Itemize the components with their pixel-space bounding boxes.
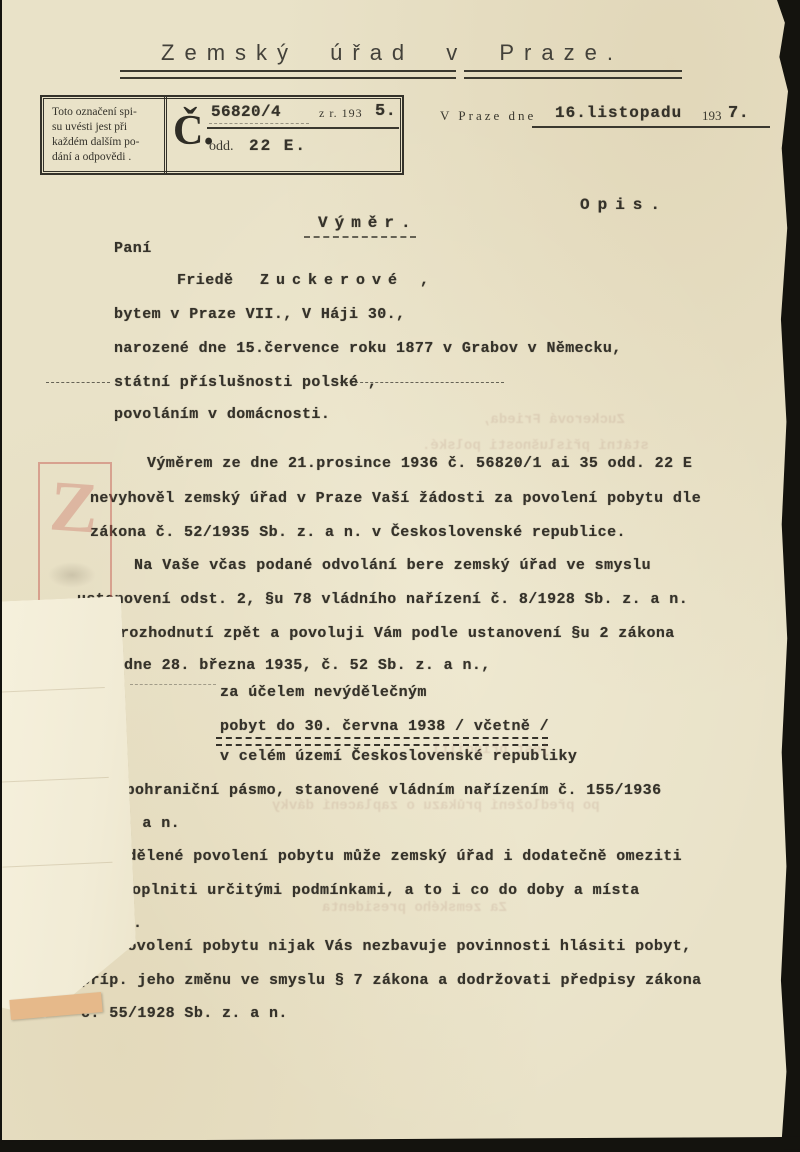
document-page: Zemský úřad v Praze. Toto označení spi- … bbox=[2, 0, 788, 1140]
occupation-line: povoláním v domácnosti. bbox=[114, 406, 330, 423]
paper-crease bbox=[0, 687, 105, 693]
para5-line-3: č. 55/1928 Sb. z. a n. bbox=[81, 1005, 288, 1022]
stamp-smudge bbox=[48, 562, 96, 588]
para5-line-2: příp. jeho změnu ve smyslu § 7 zákona a … bbox=[81, 972, 702, 989]
para2-line-1: Na Vaše včas podané odvolání bere zemský… bbox=[134, 557, 651, 574]
page-title: Zemský úřad v Praze. bbox=[62, 40, 722, 66]
document-heading: Výměr. bbox=[318, 214, 418, 232]
reference-note: Toto označení spi- su uvésti jest při ka… bbox=[42, 97, 162, 173]
salutation: Paní bbox=[114, 240, 152, 257]
bleedthrough-line-2: státní příslušnosti polské. bbox=[422, 438, 649, 454]
recipient-first-name: Friedě bbox=[177, 272, 233, 289]
bleedthrough-line-4: po předložení průkazu o zaplacení dávky bbox=[272, 798, 600, 814]
para2-line-2: ustanovení odst. 2, §u 78 vládního naříz… bbox=[77, 591, 688, 608]
paper-crease bbox=[0, 777, 109, 783]
nationality-line: státní příslušnosti polské , bbox=[114, 374, 377, 391]
note-line-1: Toto označení spi- bbox=[52, 105, 158, 120]
para4-line-1: Udělené povolení pobytu může zemský úřad… bbox=[118, 848, 682, 865]
file-number-leader bbox=[209, 123, 309, 124]
title-underline-left bbox=[120, 70, 456, 79]
date-value: 16.listopadu bbox=[555, 104, 682, 122]
note-line-3: každém dalším po- bbox=[52, 135, 158, 150]
recipient-last-name: Zuckerové , bbox=[260, 272, 436, 289]
stamp-letter: Z bbox=[47, 464, 101, 550]
dept-value: 22 E. bbox=[249, 137, 307, 155]
address-line: bytem v Praze VII., V Háji 30., bbox=[114, 306, 405, 323]
file-year-label: z r. 193 bbox=[319, 106, 363, 121]
para3-line-1: imo pohraniční pásmo, stanovené vládním … bbox=[88, 782, 662, 799]
file-number-letter: Č. bbox=[173, 101, 214, 161]
para1-line-1: Výměrem ze dne 21.prosince 1936 č. 56820… bbox=[147, 455, 692, 472]
bleedthrough-line-5: Za zemského presidenta bbox=[322, 900, 507, 916]
bleedthrough-line-3: jest přípojiti bbox=[432, 742, 550, 758]
note-line-2: su uvésti jest při bbox=[52, 120, 158, 135]
file-underline bbox=[207, 127, 399, 129]
title-underline-right bbox=[464, 70, 682, 79]
para1-line-2: nevyhověl zemský úřad v Praze Vaší žádos… bbox=[90, 490, 701, 507]
para5-line-1: Povolení pobytu nijak Vás nezbavuje povi… bbox=[118, 938, 692, 955]
date-year-label: 193 bbox=[702, 108, 722, 124]
file-number: 56820/4 bbox=[211, 103, 281, 121]
place-label: V Praze dne bbox=[440, 108, 536, 124]
reference-box: Toto označení spi- su uvésti jest při ka… bbox=[40, 95, 404, 175]
heading-underline bbox=[304, 236, 416, 238]
copy-label: Opis. bbox=[580, 196, 668, 214]
para4-line-2: ebo doplniti určitými podmínkami, a to i… bbox=[85, 882, 640, 899]
date-underline bbox=[532, 126, 770, 128]
scan-backdrop: { "header": { "title": "Zemský úřad v Pr… bbox=[0, 0, 800, 1152]
bleedthrough-line-1: Zuckerová Frieda, bbox=[482, 412, 625, 428]
nationality-dashes-left bbox=[46, 382, 110, 383]
attached-paper bbox=[0, 596, 139, 1020]
registry-stamp: Z bbox=[38, 462, 112, 604]
note-line-4: dání a odpovědi . bbox=[52, 150, 158, 165]
date-year: 7. bbox=[728, 104, 749, 123]
grant-stay: pobyt do 30. června 1938 / včetně / bbox=[220, 718, 549, 735]
para2-line-4: dne 28. března 1935, č. 52 Sb. z. a n., bbox=[124, 657, 491, 674]
para2-line-3: rozhodnutí zpět a povoluji Vám podle ust… bbox=[120, 625, 675, 642]
reference-number-cell: Č. 56820/4 z r. 193 5. odd. 22 E. bbox=[164, 97, 402, 173]
nationality-dashes-right bbox=[340, 382, 504, 383]
paper-crease bbox=[3, 862, 113, 868]
grant-purpose: za účelem nevýdělečným bbox=[220, 684, 427, 701]
grant-lead-dashes bbox=[130, 684, 216, 685]
dept-label: odd. bbox=[209, 139, 234, 155]
para1-line-3: zákona č. 52/1935 Sb. z. a n. v Českoslo… bbox=[90, 524, 626, 541]
birth-line: narozené dne 15.července roku 1877 v Gra… bbox=[114, 340, 622, 357]
file-year: 5. bbox=[375, 102, 396, 121]
